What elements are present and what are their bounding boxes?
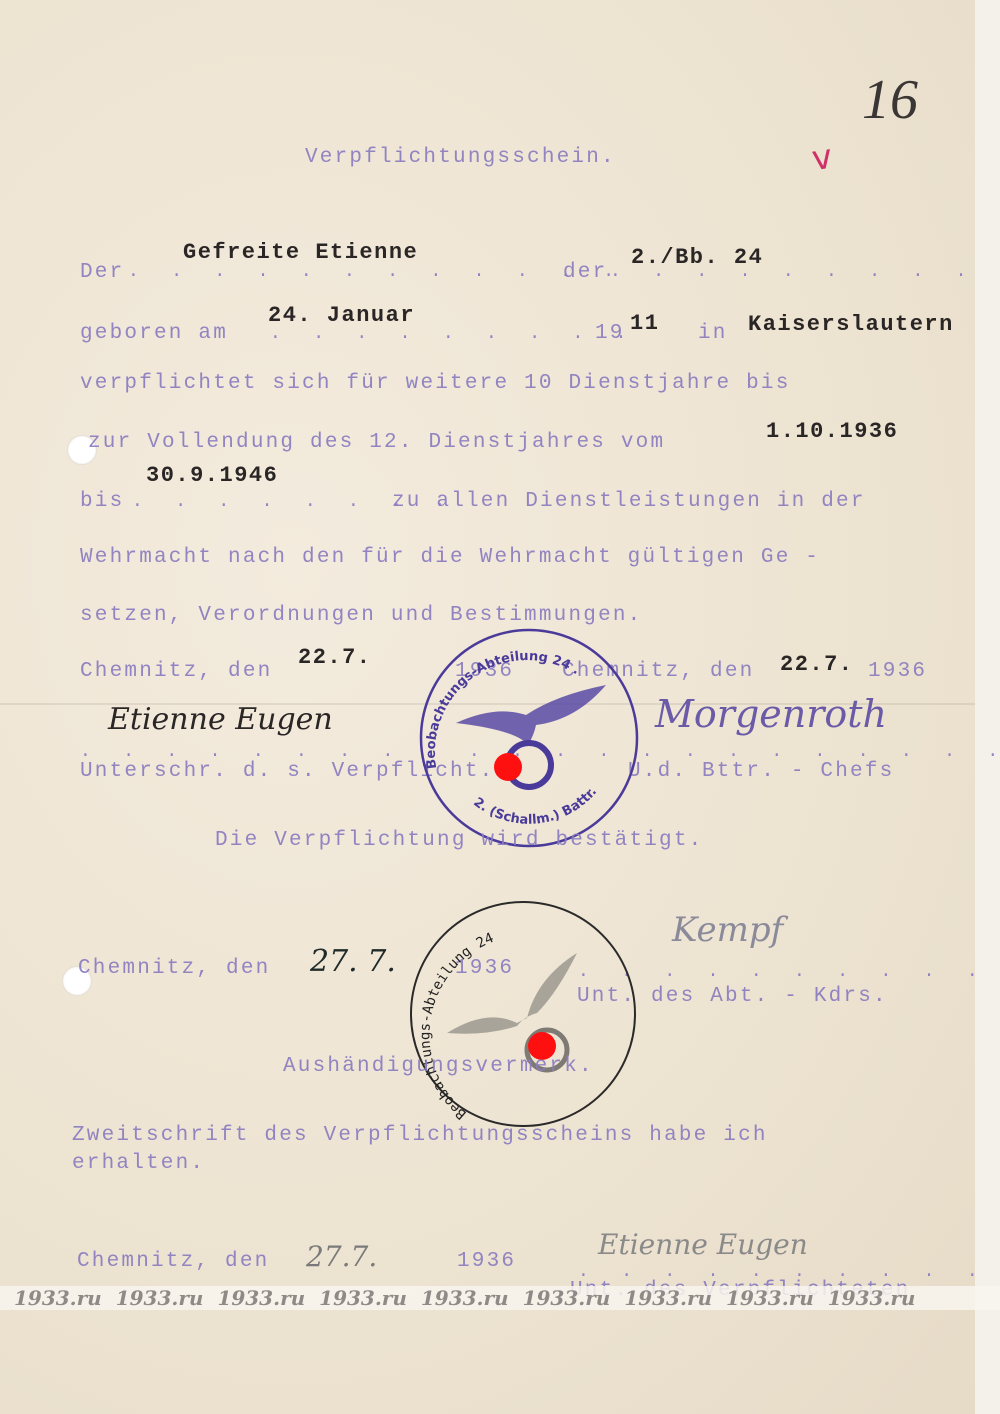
start-date: 1.10.1936 (766, 419, 898, 444)
fill-dots: . . . . . . . . . . . . (128, 262, 614, 282)
document-title: Verpflichtungsschein. (305, 146, 616, 169)
commander-signature: Kempf (672, 910, 783, 950)
line7: setzen, Verordnungen und Bestimmungen. (80, 604, 642, 627)
fill-dots: . . . . . . . . . (270, 324, 626, 344)
receipt-date-handwritten: 27.7. (306, 1240, 377, 1273)
signing-date-right: 22.7. (780, 652, 854, 677)
line6: Wehrmacht nach den für die Wehrmacht gül… (80, 546, 820, 569)
year-prefix: 19 (595, 322, 625, 345)
eagle-emblem-icon: Beobachtungs-Abteilung 24 . 2. (Schallm.… (416, 625, 642, 851)
birth-year-suffix: 11 (630, 311, 659, 336)
line3: verpflichtet sich für weitere 10 Dienstj… (80, 372, 791, 395)
receipt-text-line2: erhalten. (72, 1152, 205, 1175)
line5-prefix: bis (80, 490, 124, 513)
receipt-text-line1: Zweitschrift des Verpflichtungsscheins h… (72, 1124, 768, 1147)
signing-date-left: 22.7. (298, 645, 372, 670)
watermark-text: 1933.ru (14, 1286, 102, 1310)
redaction-dot (494, 753, 522, 781)
soldier-rank-name: Gefreite Etienne (183, 240, 418, 265)
line1-mid: der (563, 261, 607, 284)
watermark-text: 1933.ru (523, 1286, 611, 1310)
signing-place-left: Chemnitz, den (80, 660, 272, 683)
birthplace: Kaiserslautern (748, 312, 954, 337)
watermark-text: 1933.ru (421, 1286, 509, 1310)
commander-date-handwritten: 27. 7. (310, 944, 396, 979)
eagle-emblem-icon: Beobachtungs-Abteilung 24 (407, 898, 639, 1130)
watermark-text: 1933.ru (116, 1286, 204, 1310)
fill-dots: . . . . . . . . . . . (578, 962, 1000, 982)
official-stamp-violet: Beobachtungs-Abteilung 24 . 2. (Schallm.… (416, 625, 642, 851)
end-date: 30.9.1946 (146, 463, 278, 488)
watermark-strip: 1933.ru 1933.ru 1933.ru 1933.ru 1933.ru … (0, 1286, 1000, 1310)
receipt-place: Chemnitz, den (77, 1250, 269, 1273)
fill-dots: . . . . . . . . . (610, 262, 966, 282)
commander-place: Chemnitz, den (78, 957, 270, 980)
line2-prefix: geboren am (80, 322, 228, 345)
watermark-text: 1933.ru (319, 1286, 407, 1310)
line5-text: zu allen Dienstleistungen in der (392, 490, 866, 513)
confirmation-text: Die Verpflichtung wird bestätigt. (215, 829, 703, 852)
signing-year-right: 1936 (868, 660, 927, 683)
watermark-text: 1933.ru (726, 1286, 814, 1310)
soldier-signature: Etienne Eugen (108, 702, 333, 737)
page-number: 16 (862, 68, 918, 132)
watermark-text: 1933.ru (217, 1286, 305, 1310)
line2-in: in (698, 322, 728, 345)
official-stamp-black: Beobachtungs-Abteilung 24 (407, 898, 639, 1130)
battery-chief-signature: Morgenroth (655, 692, 887, 736)
page-edge (975, 0, 1000, 1414)
line1-prefix: Der (80, 261, 124, 284)
receipt-signature: Etienne Eugen (598, 1228, 808, 1261)
line4: zur Vollendung des 12. Dienstjahres vom (88, 431, 665, 454)
watermark-text: 1933.ru (624, 1286, 712, 1310)
battery-chief-label: U.d. Bttr. - Chefs (628, 760, 894, 783)
watermark-text: 1933.ru (828, 1286, 916, 1310)
handover-heading: Aushändigungsvermerk. (283, 1055, 594, 1078)
svg-text:2. (Schallm.) Battr.: 2. (Schallm.) Battr. (471, 784, 600, 827)
receipt-year: 1936 (457, 1250, 516, 1273)
